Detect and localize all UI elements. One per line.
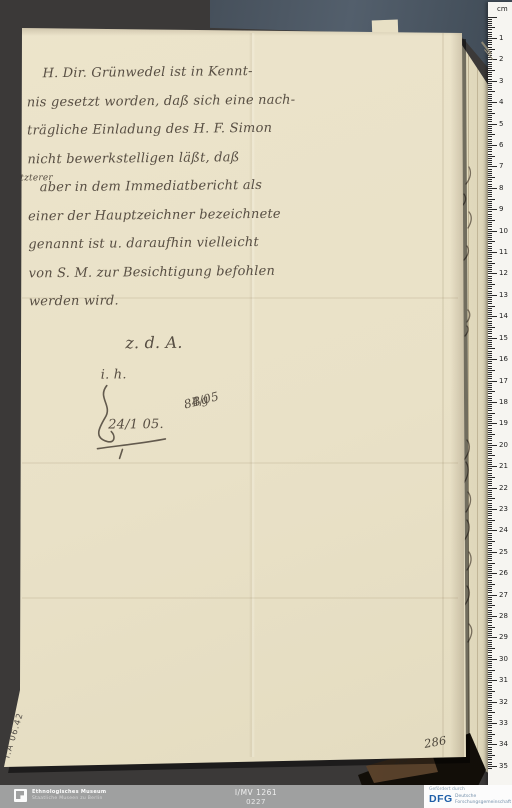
ruler-tick xyxy=(488,616,497,617)
ruler-tick xyxy=(488,723,497,724)
ruler-cm-label: 17 xyxy=(499,377,508,385)
ruler-tick xyxy=(488,657,492,658)
ruler-tick xyxy=(488,646,492,647)
ruler-tick xyxy=(488,415,492,416)
ruler-tick xyxy=(488,128,492,129)
ruler-tick xyxy=(488,404,492,405)
ruler-tick xyxy=(488,500,492,501)
ruler-tick xyxy=(488,314,492,315)
ruler-tick xyxy=(488,378,492,379)
ruler-tick xyxy=(488,584,495,585)
cm-ruler: cm 1234567891011121314151617181920212223… xyxy=(488,2,512,785)
ruler-tick xyxy=(488,535,492,536)
ruler-tick xyxy=(488,47,492,48)
ruler-tick xyxy=(488,453,492,454)
ruler-tick xyxy=(488,220,495,221)
ruler-tick xyxy=(488,695,492,696)
ruler-tick xyxy=(488,734,495,735)
ruler-tick xyxy=(488,104,492,105)
ruler-tick xyxy=(488,520,495,521)
ruler-tick xyxy=(488,507,492,508)
ruler-tick xyxy=(488,530,497,531)
ruler-tick xyxy=(488,430,492,431)
ruler-tick xyxy=(488,541,495,542)
ruler-tick xyxy=(488,66,492,67)
ruler-cm-label: 10 xyxy=(499,227,508,235)
ruler-tick xyxy=(488,759,492,760)
ruler-tick xyxy=(488,753,492,754)
ruler-tick xyxy=(488,605,495,606)
ruler-cm-label: 29 xyxy=(499,633,508,641)
ruler-tick xyxy=(488,171,492,172)
ruler-tick xyxy=(488,406,492,407)
ruler-tick xyxy=(488,188,497,189)
ruler-tick xyxy=(488,263,495,264)
ruler-tick xyxy=(488,603,492,604)
ruler-tick xyxy=(488,689,492,690)
ruler-tick xyxy=(488,106,492,107)
ruler-tick xyxy=(488,323,492,324)
ruler-tick xyxy=(488,194,492,195)
ruler-tick xyxy=(488,738,492,739)
ruler-tick xyxy=(488,421,492,422)
ruler-tick xyxy=(488,622,492,623)
ruler-tick xyxy=(488,655,492,656)
ruler-tick xyxy=(488,477,495,478)
ruler-tick xyxy=(488,25,492,26)
ruler-tick xyxy=(488,717,492,718)
ruler-tick xyxy=(488,17,497,18)
ruler-tick xyxy=(488,111,492,112)
ruler-tick xyxy=(488,732,492,733)
ruler-cm-label: 2 xyxy=(499,55,503,63)
ruler-tick xyxy=(488,333,492,334)
ruler-cm-label: 3 xyxy=(499,77,503,85)
ruler-tick xyxy=(488,143,492,144)
ruler-tick xyxy=(488,764,492,765)
ruler-tick xyxy=(488,438,492,439)
ruler-tick xyxy=(488,614,492,615)
ruler-tick xyxy=(488,385,492,386)
ruler-tick xyxy=(488,567,492,568)
ruler-tick xyxy=(488,21,492,22)
ruler-tick xyxy=(488,503,492,504)
ruler-tick xyxy=(488,166,497,167)
dfg-acronym: DFG xyxy=(429,793,453,805)
ruler-tick xyxy=(488,524,492,525)
ruler-tick xyxy=(488,644,492,645)
ruler-tick xyxy=(488,672,492,673)
ruler-tick xyxy=(488,725,492,726)
ruler-tick xyxy=(488,468,492,469)
ruler-tick xyxy=(488,496,492,497)
ruler-tick xyxy=(488,301,492,302)
ruler-tick xyxy=(488,297,492,298)
ruler-tick xyxy=(488,199,495,200)
ruler-tick xyxy=(488,680,497,681)
ruler-tick xyxy=(488,670,495,671)
ruler-tick xyxy=(488,417,492,418)
ruler-tick xyxy=(488,160,492,161)
ruler-tick xyxy=(488,563,495,564)
ruler-tick xyxy=(488,149,492,150)
ruler-cm-label: 5 xyxy=(499,120,503,128)
ruler-tick xyxy=(488,631,492,632)
ruler-tick xyxy=(488,410,492,411)
ruler-tick xyxy=(488,475,492,476)
ruler-tick xyxy=(488,226,492,227)
ruler-tick xyxy=(488,346,492,347)
ruler-tick xyxy=(488,29,492,30)
ruler-tick xyxy=(488,659,497,660)
ruler-tick xyxy=(488,736,492,737)
ruler-tick xyxy=(488,571,492,572)
ruler-tick xyxy=(488,211,492,212)
ruler-tick xyxy=(488,325,492,326)
ruler-cm-label: 34 xyxy=(499,740,508,748)
letter-line: von S. M. zur Besichtigung befohlen xyxy=(29,264,276,282)
ruler-tick xyxy=(488,451,492,452)
ruler-tick xyxy=(488,389,492,390)
letter-line: nicht bewerkstelligen läßt, daß xyxy=(27,150,239,167)
ruler-tick xyxy=(488,629,492,630)
ruler-tick xyxy=(488,89,492,90)
ruler-tick xyxy=(488,492,492,493)
ruler-tick xyxy=(488,601,492,602)
ruler-tick xyxy=(488,423,497,424)
ruler-tick xyxy=(488,351,492,352)
ruler-cm-label: 30 xyxy=(499,655,508,663)
ruler-tick xyxy=(488,134,495,135)
ruler-cm-label: 18 xyxy=(499,398,508,406)
ruler-cm-label: 21 xyxy=(499,462,508,470)
ruler-tick xyxy=(488,224,492,225)
ruler-tick xyxy=(488,704,492,705)
ruler-tick xyxy=(488,627,495,628)
ruler-tick xyxy=(488,460,492,461)
ruler-tick xyxy=(488,329,492,330)
ruler-tick xyxy=(488,374,492,375)
ruler-tick xyxy=(488,295,497,296)
ruler-tick xyxy=(488,712,495,713)
ruler-tick xyxy=(488,682,492,683)
ruler-cm-label: 8 xyxy=(499,184,503,192)
ruler-tick xyxy=(488,156,495,157)
ruler-tick xyxy=(488,158,492,159)
ruler-tick xyxy=(488,261,492,262)
ruler-tick xyxy=(488,434,495,435)
ruler-tick xyxy=(488,306,495,307)
ruler-tick xyxy=(488,258,492,259)
ruler-tick xyxy=(488,233,492,234)
ruler-tick xyxy=(488,691,495,692)
ruler-tick xyxy=(488,419,492,420)
ruler-tick xyxy=(488,372,492,373)
ruler-tick xyxy=(488,130,492,131)
ruler-cm-label: 28 xyxy=(499,612,508,620)
ruler-cm-label: 11 xyxy=(499,248,508,256)
ruler-tick xyxy=(488,190,492,191)
ruler-tick xyxy=(488,560,492,561)
ruler-tick xyxy=(488,625,492,626)
ruler-tick xyxy=(488,749,492,750)
ruler-tick xyxy=(488,652,492,653)
ruler-cm-label: 26 xyxy=(499,569,508,577)
ruler-tick xyxy=(488,336,492,337)
ruler-cm-label: 4 xyxy=(499,98,503,106)
ruler-tick xyxy=(488,321,492,322)
ruler-tick xyxy=(488,318,492,319)
ruler-tick xyxy=(488,586,492,587)
ruler-tick xyxy=(488,661,492,662)
ruler-tick xyxy=(488,42,492,43)
ruler-tick xyxy=(488,276,492,277)
ruler-tick xyxy=(488,537,492,538)
ruler-tick xyxy=(488,239,492,240)
ruler-tick xyxy=(488,455,495,456)
ruler-tick xyxy=(488,485,492,486)
ruler-tick xyxy=(488,363,492,364)
ruler-tick xyxy=(488,447,492,448)
ruler-tick xyxy=(488,580,492,581)
ruler-tick xyxy=(488,282,492,283)
ruler-tick xyxy=(488,368,492,369)
ruler-tick xyxy=(488,582,492,583)
ruler-tick xyxy=(488,402,497,403)
ruler-tick xyxy=(488,85,492,86)
ruler-tick xyxy=(488,201,492,202)
ruler-tick xyxy=(488,278,492,279)
ruler-tick xyxy=(488,256,492,257)
ruler-tick xyxy=(488,479,492,480)
ruler-tick xyxy=(488,650,492,651)
ruler-tick xyxy=(488,762,492,763)
ruler-tick xyxy=(488,556,492,557)
ruler-tick xyxy=(488,218,492,219)
ruler-tick xyxy=(488,338,497,339)
ruler-tick xyxy=(488,184,492,185)
ruler-tick xyxy=(488,607,492,608)
ruler-tick xyxy=(488,98,492,99)
letter-line: werden wird. xyxy=(29,293,119,309)
ruler-tick xyxy=(488,312,492,313)
ruler-tick xyxy=(488,449,492,450)
ruler-tick xyxy=(488,203,492,204)
ruler-tick xyxy=(488,730,492,731)
ruler-tick xyxy=(488,308,492,309)
ruler-tick xyxy=(488,273,497,274)
ruler-tick xyxy=(488,687,492,688)
ruler-tick xyxy=(488,667,492,668)
letter-line: trägliche Einladung des H. F. Simon xyxy=(27,121,272,139)
ruler-tick xyxy=(488,248,492,249)
ruler-tick xyxy=(488,398,492,399)
ruler-tick xyxy=(488,462,492,463)
ruler-cm-label: 12 xyxy=(499,269,508,277)
ruler-tick xyxy=(488,366,492,367)
ruler-cm-label: 14 xyxy=(499,312,508,320)
ruler-tick xyxy=(488,119,492,120)
dfg-caption: Gefördert durch xyxy=(429,787,465,792)
ruler-tick xyxy=(488,136,492,137)
ruler-cm-label: 16 xyxy=(499,355,508,363)
ruler-tick xyxy=(488,757,492,758)
ruler-cm-label: 27 xyxy=(499,591,508,599)
ruler-tick xyxy=(488,269,492,270)
ruler-cm-label: 19 xyxy=(499,419,508,427)
ruler-tick xyxy=(488,721,492,722)
ruler-tick xyxy=(488,550,492,551)
ruler-tick xyxy=(488,755,495,756)
ruler-tick xyxy=(488,708,492,709)
ruler-tick xyxy=(488,96,492,97)
ruler-cm-label: 9 xyxy=(499,205,503,213)
ruler-tick xyxy=(488,575,492,576)
ruler-tick xyxy=(488,72,492,73)
ruler-tick xyxy=(488,94,492,95)
ruler-tick xyxy=(488,231,497,232)
ruler-tick xyxy=(488,124,497,125)
scan-viewport: 280 H. Dir. Grünwedel ist in Kennt- nis … xyxy=(0,0,512,808)
ruler-tick xyxy=(488,618,492,619)
ruler-tick xyxy=(488,481,492,482)
ruler-tick xyxy=(488,222,492,223)
ruler-tick xyxy=(488,663,492,664)
ruler-tick xyxy=(488,387,492,388)
ruler-tick xyxy=(488,545,492,546)
ruler-tick xyxy=(488,768,492,769)
ruler-tick xyxy=(488,742,492,743)
ruler-tick xyxy=(488,151,492,152)
ruler-ticks: 1234567891011121314151617181920212223242… xyxy=(488,2,512,785)
ruler-tick xyxy=(488,145,497,146)
ruler-tick xyxy=(488,610,492,611)
ruler-tick xyxy=(488,458,492,459)
ruler-tick xyxy=(488,310,492,311)
ruler-tick xyxy=(488,209,497,210)
ruler-tick xyxy=(488,64,492,65)
ruler-tick xyxy=(488,196,492,197)
ruler-tick xyxy=(488,353,492,354)
ruler-tick xyxy=(488,513,492,514)
ruler-tick xyxy=(488,181,492,182)
ruler-tick xyxy=(488,635,492,636)
ruler-tick xyxy=(488,706,492,707)
ruler-tick xyxy=(488,241,495,242)
ruler-tick xyxy=(488,539,492,540)
ruler-tick xyxy=(488,299,492,300)
ruler-tick xyxy=(488,413,495,414)
ruler-tick xyxy=(488,68,492,69)
ruler-tick xyxy=(488,436,492,437)
ruler-cm-label: 22 xyxy=(499,484,508,492)
ruler-tick xyxy=(488,569,492,570)
ruler-tick xyxy=(488,132,492,133)
ruler-tick xyxy=(488,44,492,45)
filing-note: z. d. A. xyxy=(125,333,182,353)
ruler-tick xyxy=(488,254,492,255)
ruler-tick xyxy=(488,590,492,591)
ruler-tick xyxy=(488,505,492,506)
ruler-tick xyxy=(488,162,492,163)
ruler-tick xyxy=(488,271,492,272)
ruler-tick xyxy=(488,109,492,110)
ruler-tick xyxy=(488,678,492,679)
ruler-cm-label: 13 xyxy=(499,291,508,299)
ruler-tick xyxy=(488,515,492,516)
ruler-tick xyxy=(488,177,495,178)
ruler-tick xyxy=(488,147,492,148)
ruler-tick xyxy=(488,599,492,600)
ruler-tick xyxy=(488,265,492,266)
ruler-tick xyxy=(488,34,492,35)
ruler-tick xyxy=(488,38,497,39)
ruler-tick xyxy=(488,400,492,401)
ruler-tick xyxy=(488,361,492,362)
ruler-tick xyxy=(488,751,492,752)
ruler-tick xyxy=(488,490,492,491)
ruler-tick xyxy=(488,488,497,489)
ruler-tick xyxy=(488,121,492,122)
ruler-tick xyxy=(488,633,492,634)
letter-line: genannt ist u. daraufhin vielleicht xyxy=(28,235,259,252)
ruler-tick xyxy=(488,473,492,474)
ruler-cm-label: 15 xyxy=(499,334,508,342)
ruler-tick xyxy=(488,592,492,593)
ruler-tick xyxy=(488,348,495,349)
ruler-tick xyxy=(488,428,492,429)
ruler-tick xyxy=(488,291,492,292)
ruler-tick xyxy=(488,393,492,394)
ruler-tick xyxy=(488,494,492,495)
ruler-tick xyxy=(488,509,497,510)
ruler-tick xyxy=(488,573,497,574)
ruler-tick xyxy=(488,83,492,84)
ruler-tick xyxy=(488,186,492,187)
ruler-tick xyxy=(488,637,497,638)
ruler-tick xyxy=(488,100,492,101)
dfg-logo-row: DFG Deutsche Forschungsgemeinschaft xyxy=(429,793,509,807)
ruler-tick xyxy=(488,648,495,649)
ruler-tick xyxy=(488,27,495,28)
ruler-tick xyxy=(488,381,497,382)
letter-page: H. Dir. Grünwedel ist in Kennt- nis gese… xyxy=(0,0,512,808)
ruler-tick xyxy=(488,126,492,127)
ruler-tick xyxy=(488,715,492,716)
ruler-tick xyxy=(488,376,492,377)
ruler-tick xyxy=(488,237,492,238)
ruler-tick xyxy=(488,70,495,71)
ruler-tick xyxy=(488,766,497,767)
letter-line: nis gesetzt worden, daß sich eine nach- xyxy=(27,93,296,111)
ruler-tick xyxy=(488,267,492,268)
ruler-tick xyxy=(488,243,492,244)
ruler-tick xyxy=(488,169,492,170)
ruler-tick xyxy=(488,747,492,748)
ruler-tick xyxy=(488,207,492,208)
ruler-tick xyxy=(488,32,492,33)
ruler-tick xyxy=(488,719,492,720)
ruler-tick xyxy=(488,445,497,446)
digitization-footer-bar: Ethnologisches Museum Staatliche Museen … xyxy=(0,785,512,808)
ruler-tick xyxy=(488,23,492,24)
ruler-tick xyxy=(488,595,497,596)
ruler-tick xyxy=(488,214,492,215)
dfg-name-line: Forschungsgemeinschaft xyxy=(455,800,511,805)
ruler-tick xyxy=(488,205,492,206)
ruler-tick xyxy=(488,344,492,345)
letter-line: einer der Hauptzeichner bezeichnete xyxy=(28,207,281,225)
